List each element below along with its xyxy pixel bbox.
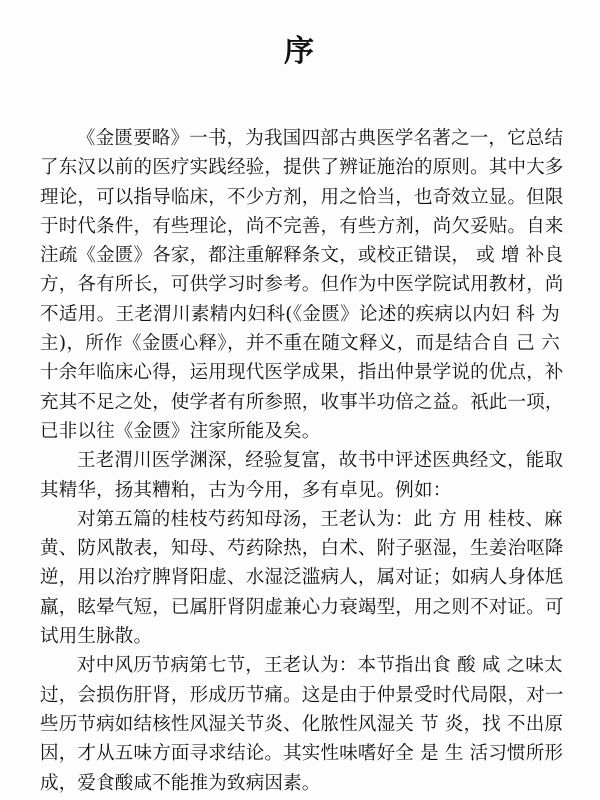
text-line: 王老渭川医学渊深，经验复富，故书中评述医典经文，能取 [40,446,560,475]
paragraph-2: 王老渭川医学渊深，经验复富，故书中评述医典经文，能取 其精华，扬其糟粕，古为今用… [40,446,560,505]
paragraph-3: 对第五篇的桂枝芍药知母汤，王老认为：此 方 用 桂枝、麻 黄、防风散表，知母、芍… [40,505,560,651]
text-line: 对第五篇的桂枝芍药知母汤，王老认为：此 方 用 桂枝、麻 [40,505,560,534]
text-line: 羸，眩晕气短，已属肝肾阴虚兼心力衰竭型，用之则不对证。可 [40,593,560,622]
text-line: 于时代条件，有些理论，尚不完善，有些方剂，尚欠妥贴。自来 [40,212,560,241]
text-line: 理论，可以指导临床，不少方剂，用之恰当，也奇效立显。但限 [40,183,560,212]
text-line: 充其不足之处，使学者有所参照，收事半功倍之益。祇此一项， [40,388,560,417]
text-line: 了东汉以前的医疗实践经验，提供了辨证施治的原则。其中大多 [40,153,560,182]
text-line: 因，才从五味方面寻求结论。其实性味嗜好全 是 生 活习惯所形 [40,739,560,768]
page-title: 序 [0,32,600,72]
paragraph-4: 对中风历节病第七节，王老认为：本节指出食 酸 咸 之味太 过，会损伤肝肾，形成历… [40,651,560,797]
text-line: 对中风历节病第七节，王老认为：本节指出食 酸 咸 之味太 [40,651,560,680]
text-line: 不适用。王老渭川素精内妇科(《金匮》论述的疾病以内妇 科 为 [40,300,560,329]
text-line: 其精华，扬其糟粕，古为今用，多有卓见。例如： [40,476,560,505]
text-line: 试用生脉散。 [40,622,560,651]
text-line: 逆，用以治疗脾肾阳虚、水湿泛滥病人，属对证；如病人身体尪 [40,563,560,592]
text-line: 黄、防风散表，知母、芍药除热，白术、附子驱湿，生姜治呕降 [40,534,560,563]
text-line: 已非以往《金匮》注家所能及矣。 [40,417,560,446]
preface-body: 《金匮要略》一书，为我国四部古典医学名著之一，它总结 了东汉以前的医疗实践经验，… [40,124,560,798]
text-line: 主)，所作《金匮心释》，并不重在随文释义，而是结合自 己 六 [40,329,560,358]
text-line: 方，各有所长，可供学习时参考。但作为中医学院试用教材，尚 [40,270,560,299]
text-line: 些历节病如结核性风湿关节炎、化脓性风湿关 节 炎，找 不出原 [40,710,560,739]
text-line: 过，会损伤肝肾，形成历节痛。这是由于仲景受时代局限，对一 [40,681,560,710]
text-line: 十余年临床心得，运用现代医学成果，指出仲景学说的优点，补 [40,358,560,387]
paragraph-1: 《金匮要略》一书，为我国四部古典医学名著之一，它总结 了东汉以前的医疗实践经验，… [40,124,560,446]
text-line: 成，爱食酸咸不能推为致病因素。 [40,769,560,798]
text-line: 注疏《金匮》各家，都注重解释条文，或校正错误， 或 增 补良 [40,241,560,270]
text-line: 《金匮要略》一书，为我国四部古典医学名著之一，它总结 [40,124,560,153]
document-page: 序 《金匮要略》一书，为我国四部古典医学名著之一，它总结 了东汉以前的医疗实践经… [0,0,600,800]
